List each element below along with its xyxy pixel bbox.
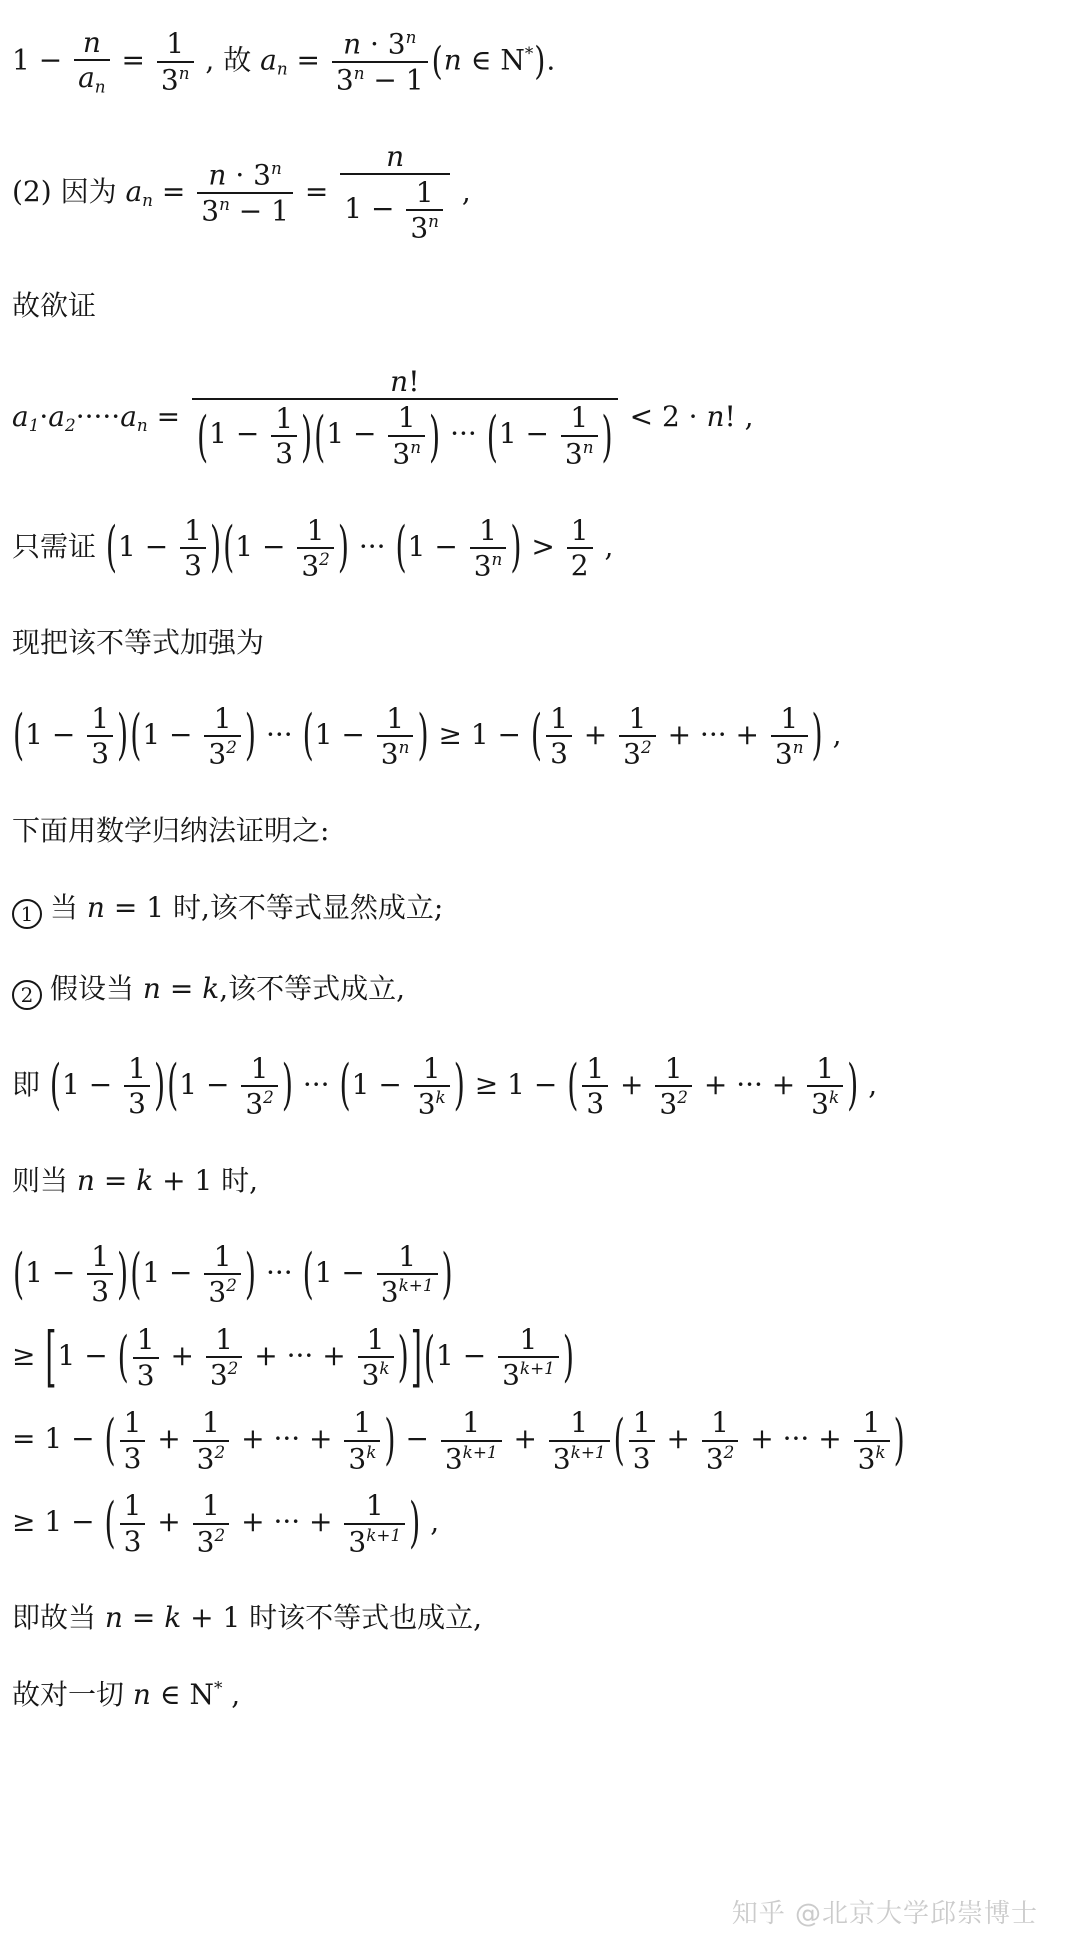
math-text: > [522,530,563,563]
math-text: 3 [565,437,583,470]
math-text: ≥ [12,1339,44,1372]
math-text: 2 [215,1442,226,1462]
delimiter: ( [117,1324,130,1392]
math-text: 3 [208,1276,226,1309]
math-text: n [179,63,190,83]
delimiter: ( [338,1052,351,1120]
delimiter: ) [441,1241,454,1309]
math-text: + [658,1422,699,1455]
math-text: 3 [858,1442,876,1475]
math-text: 1 [124,1406,142,1439]
math-line: ≥ [1 − (13 + 132 + ··· + 13k)](1 − 13k+1… [12,1323,1066,1392]
math-line: 故对一切 n ∈ N* , [12,1677,1066,1712]
math-text: k+1 [366,1525,401,1545]
math-text: 3 [124,1442,142,1475]
math-text: 时, [221,1164,258,1197]
math-text: a [120,400,137,433]
fraction: 132 [655,1052,692,1121]
circled-number: 1 [12,899,42,929]
math-text: 3 [348,1442,366,1475]
math-text: 2 [226,1275,237,1295]
fraction: 132 [204,702,241,771]
math-text: 3 [623,737,641,770]
math-text: n [410,437,421,457]
math-text: 1 [214,1240,232,1273]
math-text: 3 [348,1525,366,1558]
math-text: n [406,27,417,47]
math-text: 1 − [118,530,177,563]
math-text: a [125,174,142,207]
math-text: k+1 [520,1358,555,1378]
math-text: 时,该不等式显然成立; [173,891,443,924]
math-text: + 1 [181,1601,249,1634]
math-text: = [288,43,329,76]
math-text: n [444,43,462,76]
math-text: 1 − [25,718,84,751]
math-text: n [77,1164,95,1197]
math-text: 3 [553,1442,571,1475]
fraction: 13 [120,1406,146,1475]
math-text: 3 [128,1087,146,1120]
math-text: 2 [724,1442,735,1462]
math-text: 1 [416,176,434,209]
math-text: 1 [91,702,109,735]
delimiter: ) [428,406,441,467]
fraction: n!(1 − 13)(1 − 13n) ··· (1 − 13n) [192,365,618,471]
fraction: 13n [470,514,507,583]
fraction: 132 [297,514,334,583]
math-text: 1 − [344,192,403,225]
math-text: n [793,737,804,757]
math-text: 3 [445,1442,463,1475]
delimiter: ( [566,1052,579,1120]
math-text: 1 [307,514,325,547]
math-text: · 3 [361,27,406,60]
math-line: 只需证 (1 − 13)(1 − 132) ··· (1 − 13n) > 12… [12,514,1066,583]
math-text: 只需证 [12,530,105,563]
math-text: 1 [184,514,202,547]
math-text: 1 [202,1489,220,1522]
math-text: + ··· + [245,1339,354,1372]
math-text: + ··· + [695,1068,804,1101]
math-text: n [390,365,408,398]
math-text: 即故当 [12,1601,105,1634]
math-text: 1 [780,702,798,735]
fraction: 13k+1 [441,1406,502,1475]
delimiter: ) [153,1052,166,1120]
math-text: 3 [137,1359,155,1392]
math-text: 1 [571,514,589,547]
math-text: 3 [550,737,568,770]
fraction: 13n [377,702,414,771]
math-text: , [421,1505,439,1538]
math-text: 3 [91,1275,109,1308]
delimiter: ) [300,406,313,467]
math-text: 3 [184,549,202,582]
math-text: = 1 [105,891,173,924]
delimiter: ) [601,406,614,467]
delimiter: ) [509,514,522,582]
math-text: 时该不等式也成立, [249,1601,482,1634]
math-text: ····· [76,400,121,433]
math-text: , [197,43,224,76]
math-text: 1 [251,1052,269,1085]
math-text: 1 [462,1406,480,1439]
math-text: 3 [775,737,793,770]
math-text: 下面用数学归纳法证明之: [12,814,329,847]
math-text: 3 [811,1088,829,1121]
fraction: 13k+1 [377,1240,438,1309]
math-document: 1 − nan = 13n , 故 an = n · 3n3n − 1(n ∈ … [12,26,1066,1712]
fraction: n · 3n3n − 1 [197,158,293,228]
fraction: 13k+1 [549,1406,610,1475]
math-text: a [48,400,65,433]
math-text: n [399,737,410,757]
math-text: 3 [245,1088,263,1121]
math-text: 2 [226,737,237,757]
delimiter: ) [846,1052,859,1120]
math-line: (1 − 13)(1 − 132) ··· (1 − 13k+1) [12,1240,1066,1309]
math-text: 1 [423,1052,441,1085]
math-line: 1当 n = 1 时,该不等式显然成立; [12,890,1066,929]
math-line: 即 (1 − 13)(1 − 132) ··· (1 − 13k) ≥ 1 − … [12,1052,1066,1121]
fraction: nan [74,26,110,98]
math-text: 2 [228,1358,239,1378]
math-text: a [260,43,277,76]
math-line: (2) 因为 an = n · 3n3n − 1 = n1 − 13n , [12,140,1066,246]
math-text: . [546,43,555,76]
math-line: a1·a2·····an = n!(1 − 13)(1 − 13n) ··· (… [12,365,1066,471]
math-text: 3 [210,1359,228,1392]
math-text: 1 − [209,417,268,450]
fraction: 13k [807,1052,843,1121]
math-text: a [78,61,95,94]
math-text: + [148,1505,189,1538]
delimiter: ( [302,1241,315,1309]
math-text: 3 [633,1442,651,1475]
fraction: 13 [133,1323,159,1392]
delimiter: ( [431,38,444,86]
math-text: 3 [706,1442,724,1475]
math-text: 1 − [12,43,71,76]
math-text: a [12,400,29,433]
math-text: 1 [570,401,588,434]
math-text: 3 [381,737,399,770]
math-text: 1 [665,1052,683,1085]
math-text: 1 [520,1323,538,1356]
watermark: 知乎 @北京大学邱崇博士 [732,1893,1038,1930]
math-text: 故对一切 [12,1678,133,1711]
math-text: + [575,718,616,751]
math-text: 1 − [62,1068,121,1101]
math-line: 2假设当 n = k,该不等式成立, [12,971,1066,1010]
math-text: 1 [711,1406,729,1439]
math-text: n [137,415,148,435]
math-text: ! , [725,400,754,433]
math-text: 故 [223,43,260,76]
math-text: + ··· + [232,1505,341,1538]
math-text: − [397,1422,438,1455]
fraction: n1 − 13n [340,140,450,246]
math-text: 3 [336,63,354,96]
delimiter: ( [486,406,499,467]
math-text: , [824,718,842,751]
math-text: 1 [550,702,568,735]
fraction: 13n [388,401,425,470]
math-text: * [525,43,533,63]
delimiter: ) [893,1407,906,1475]
delimiter: ) [383,1407,396,1475]
math-text: − 1 [230,194,289,227]
math-text: = [95,1164,136,1197]
fraction: 13k+1 [344,1489,405,1558]
math-text: 3 [91,737,109,770]
math-text: 1 [398,401,416,434]
math-line: (1 − 13)(1 − 132) ··· (1 − 13n) ≥ 1 − (1… [12,702,1066,771]
delimiter: ) [811,702,824,770]
math-text: k [379,1358,389,1378]
page: { "watermark": { "text": "知乎 @北京大学邱崇博士",… [0,0,1080,1944]
math-text: 1 [479,514,497,547]
math-line: 即故当 n = k + 1 时该不等式也成立, [12,1600,1066,1635]
delimiter: ( [129,1241,142,1309]
fraction: 13k [358,1323,394,1392]
delimiter: ( [423,1324,436,1392]
fraction: 132 [702,1406,739,1475]
fraction: 132 [193,1489,230,1558]
delimiter: ( [103,1490,116,1558]
math-text: k+1 [463,1442,498,1462]
fraction: 13n [157,27,194,96]
math-text: 1 [586,1052,604,1085]
math-text: 1 [124,1489,142,1522]
delimiter: ( [302,702,315,770]
fraction: 13 [124,1052,150,1121]
math-text: n [428,211,439,231]
math-text: + [505,1422,546,1455]
math-text: 1 [128,1052,146,1085]
math-text: 1 − [326,417,385,450]
math-text: 2 [641,737,652,757]
delimiter: ) [397,1324,410,1392]
math-text: 1 − [179,1068,238,1101]
math-text: k+1 [399,1275,434,1295]
math-text: (2) [12,174,61,207]
math-text: n [492,549,503,569]
math-text: 即 [12,1068,49,1101]
delimiter: ) [533,38,546,86]
math-text: 现把该不等式加强为 [12,626,264,659]
fraction: 13 [271,402,297,471]
fraction: 132 [241,1052,278,1121]
math-text: 1 − [142,718,201,751]
math-text: 2 [571,549,589,582]
math-text: 3 [586,1087,604,1120]
math-text: = 1 − [12,1422,103,1455]
math-text: 1 [214,702,232,735]
math-text: 故欲证 [12,289,96,322]
delimiter: ) [116,702,129,770]
math-line: 下面用数学归纳法证明之: [12,813,1066,848]
math-text: 2 [677,1087,688,1107]
math-line: ≥ 1 − (13 + 132 + ··· + 13k+1) , [12,1489,1066,1558]
delimiter: ) [209,514,222,582]
math-text: n [208,158,226,191]
delimiter: ( [313,406,326,467]
math-text: k [875,1442,885,1462]
math-text: 1 [398,1240,416,1273]
math-text: n [105,1601,123,1634]
delimiter: ) [244,1241,257,1309]
circled-number: 2 [12,980,42,1010]
math-text: 1 [816,1052,834,1085]
math-text: 1 − [142,1256,201,1289]
fraction: 13 [629,1406,655,1475]
math-line: 现把该不等式加强为 [12,625,1066,660]
math-text: n [386,140,404,173]
math-text: 3 [197,1525,215,1558]
math-text: 3 [418,1088,436,1121]
fraction: 13k+1 [498,1323,559,1392]
math-text: = [153,174,194,207]
fraction: 13 [180,514,206,583]
math-text: 3 [301,549,319,582]
math-text: k [366,1442,376,1462]
delimiter: ) [562,1324,575,1392]
delimiter: ( [12,702,25,770]
fraction: 12 [567,514,593,583]
math-text: 3 [161,63,179,96]
math-text: 3 [410,212,428,245]
math-text: + [611,1068,652,1101]
math-text: 3 [197,1442,215,1475]
math-text: 1 [215,1323,233,1356]
math-text: ,该不等式成立, [219,972,405,1005]
math-text: = [161,972,202,1005]
math-text: 1 − [315,1256,374,1289]
math-text: k [436,1087,446,1107]
math-text: 1 − [25,1256,84,1289]
math-text: + ··· + [659,718,768,751]
math-text: ··· [257,718,302,751]
math-text: ··· [350,530,395,563]
math-text: ≥ 1 − [12,1505,103,1538]
math-text: 1 [570,1406,588,1439]
fraction: 132 [619,702,656,771]
fraction: 13n [561,401,598,470]
fraction: 13n [406,176,443,245]
math-text: n [219,194,230,214]
math-text: k+1 [571,1442,606,1462]
math-text: 3 [381,1276,399,1309]
delimiter: ( [12,1241,25,1309]
delimiter: ( [394,514,407,582]
math-text: · [39,400,48,433]
math-text: 当 [50,891,87,924]
delimiter: ) [244,702,257,770]
math-text: 1 [202,1406,220,1439]
math-text: k [829,1087,839,1107]
fraction: 13 [546,702,572,771]
fraction: 13 [582,1052,608,1121]
math-text: 3 [201,194,219,227]
math-text: ! [408,365,419,398]
math-line: 1 − nan = 13n , 故 an = n · 3n3n − 1(n ∈ … [12,26,1066,98]
delimiter: ) [116,1241,129,1309]
math-text: 1 [633,1406,651,1439]
math-text: n [83,26,101,59]
math-text: 1 − [408,530,467,563]
math-text: ··· [257,1256,302,1289]
fraction: 13k [344,1406,380,1475]
math-text: 1 [386,702,404,735]
fraction: n · 3n3n − 1 [332,27,428,97]
delimiter: ( [222,514,235,582]
math-text: 1 − [499,417,558,450]
math-text: 1 [91,1240,109,1273]
delimiter: ) [408,1490,421,1558]
math-text: n [95,77,106,97]
math-text: 3 [659,1088,677,1121]
math-text: 假设当 [50,972,143,1005]
math-text: k [164,1601,181,1634]
delimiter: ( [129,702,142,770]
math-text: − 1 [365,63,424,96]
delimiter: ( [530,702,543,770]
math-text: n [142,190,153,210]
math-text: · 3 [226,158,271,191]
math-text: ≥ 1 − [430,718,530,751]
math-text: k [136,1164,153,1197]
delimiter: ) [453,1052,466,1120]
math-text: 3 [275,437,293,470]
delimiter: ( [103,1407,116,1475]
math-text: n [706,400,724,433]
math-text: 1 [166,27,184,60]
fraction: 13k [854,1406,890,1475]
math-text: n [583,437,594,457]
math-text: n [143,972,161,1005]
math-text: 则当 [12,1164,77,1197]
math-text: , [453,174,471,207]
fraction: 13 [120,1489,146,1558]
fraction: 132 [193,1406,230,1475]
math-text: n [133,1678,151,1711]
math-text: n [271,158,282,178]
math-line: = 1 − (13 + 132 + ··· + 13k) − 13k+1 + 1… [12,1406,1066,1475]
math-text: + 1 [153,1164,221,1197]
delimiter: [ [44,1317,57,1399]
math-text: n [354,63,365,83]
math-text: 2 [263,1087,274,1107]
math-text: = [296,174,337,207]
math-text: 3 [502,1359,520,1392]
math-text: n [343,27,361,60]
math-line: 故欲证 [12,288,1066,323]
math-text: 1 [367,1323,385,1356]
math-text: ∈ N [151,1678,214,1711]
delimiter: ( [105,514,118,582]
math-text: 1 − [235,530,294,563]
math-text: 因为 [61,174,126,207]
math-text: 1 − [315,718,374,751]
math-text: 1 [863,1406,881,1439]
math-text: 3 [208,737,226,770]
math-text: 1 [29,415,40,435]
math-text: 1 [366,1489,384,1522]
math-text: + ··· + [232,1422,341,1455]
delimiter: ) [337,514,350,582]
